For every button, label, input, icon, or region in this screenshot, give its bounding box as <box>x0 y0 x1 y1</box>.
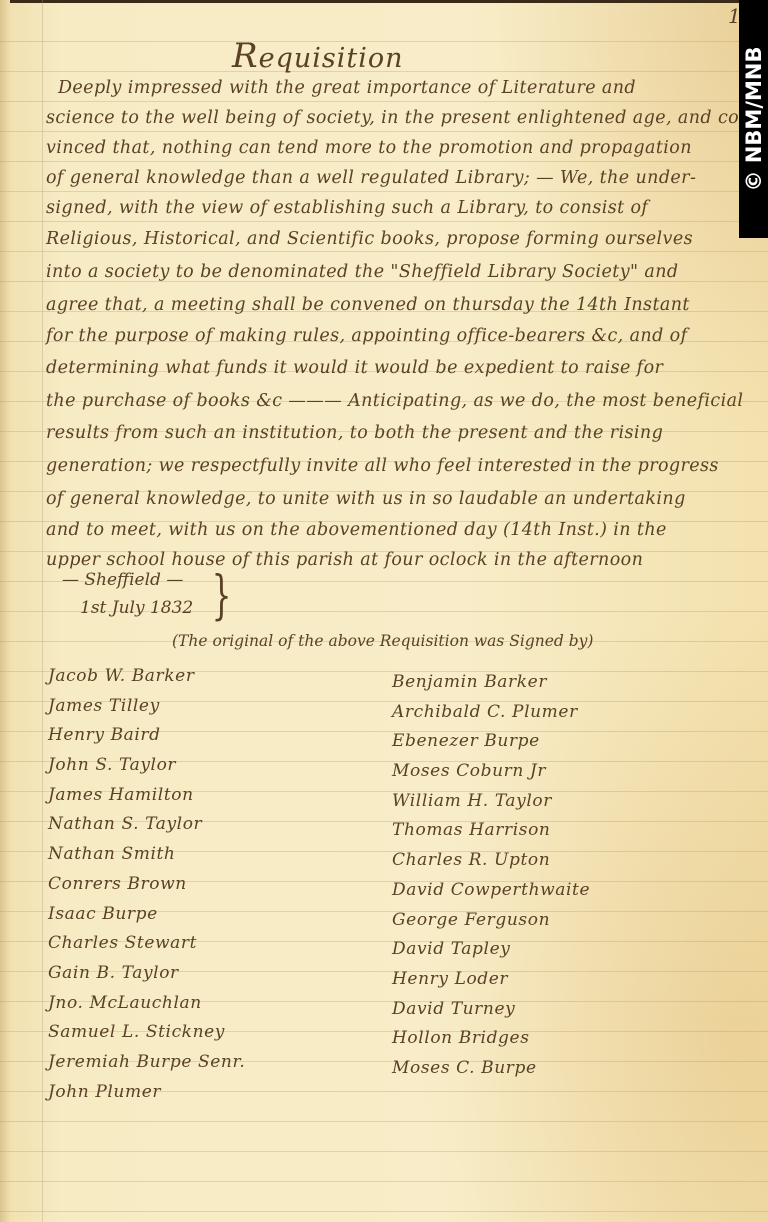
signature: Archibald C. Plumer <box>392 698 590 728</box>
signatories-left-column: Jacob W. Barker James Tilley Henry Baird… <box>48 662 245 1107</box>
signature: Jacob W. Barker <box>48 662 245 692</box>
body-line: and to meet, with us on the abovemention… <box>46 520 667 540</box>
signature: Charles Stewart <box>48 929 245 959</box>
signature: Isaac Burpe <box>48 900 245 930</box>
signature: Henry Baird <box>48 721 245 751</box>
signature: Ebenezer Burpe <box>392 727 590 757</box>
signature: William H. Taylor <box>392 787 590 817</box>
signature: Hollon Bridges <box>392 1024 590 1054</box>
body-line: of general knowledge than a well regulat… <box>46 168 696 188</box>
document-date: 1st July 1832 <box>80 598 193 618</box>
signature: Jno. McLauchlan <box>48 989 245 1019</box>
signature: Thomas Harrison <box>392 816 590 846</box>
document-title: Requisition <box>232 36 404 76</box>
signature: David Turney <box>392 995 590 1025</box>
body-line: results from such an institution, to bot… <box>46 423 663 443</box>
signed-by-note: (The original of the above Requisition w… <box>172 632 593 650</box>
body-line: Deeply impressed with the great importan… <box>58 78 636 98</box>
body-line: determining what funds it would it would… <box>46 358 663 378</box>
body-line: generation; we respectfully invite all w… <box>46 456 719 476</box>
signature: John S. Taylor <box>48 751 245 781</box>
brace-mark: } <box>212 566 232 626</box>
signatories-right-column: Benjamin Barker Archibald C. Plumer Eben… <box>392 668 590 1084</box>
body-line: vinced that, nothing can tend more to th… <box>46 138 692 158</box>
signature: John Plumer <box>48 1078 245 1108</box>
signature: Nathan S. Taylor <box>48 810 245 840</box>
margin-line <box>42 0 43 1222</box>
body-line: science to the well being of society, in… <box>46 108 757 128</box>
signature: George Ferguson <box>392 906 590 936</box>
signature: David Cowperthwaite <box>392 876 590 906</box>
place-name: — Sheffield — <box>62 570 183 590</box>
signature: Henry Loder <box>392 965 590 995</box>
body-line: into a society to be denominated the "Sh… <box>46 262 679 282</box>
signature: Conrers Brown <box>48 870 245 900</box>
signature: James Hamilton <box>48 781 245 811</box>
signature: Samuel L. Stickney <box>48 1018 245 1048</box>
signature: Charles R. Upton <box>392 846 590 876</box>
signature: Moses C. Burpe <box>392 1054 590 1084</box>
signature: Gain B. Taylor <box>48 959 245 989</box>
manuscript-page: 1 Requisition Deeply impressed with the … <box>0 0 768 1222</box>
signature: David Tapley <box>392 935 590 965</box>
body-line: agree that, a meeting shall be convened … <box>46 295 690 315</box>
signature: Moses Coburn Jr <box>392 757 590 787</box>
body-line: of general knowledge, to unite with us i… <box>46 489 686 509</box>
signature: Nathan Smith <box>48 840 245 870</box>
copyright-watermark: © NBM/MNB <box>739 0 768 238</box>
signature: Jeremiah Burpe Senr. <box>48 1048 245 1078</box>
signature: Benjamin Barker <box>392 668 590 698</box>
body-line: signed, with the view of establishing su… <box>46 198 648 218</box>
body-line: the purchase of books &c ——— Anticipatin… <box>46 391 743 411</box>
body-line: Religious, Historical, and Scientific bo… <box>46 229 693 249</box>
body-line: upper school house of this parish at fou… <box>46 550 643 570</box>
body-line: for the purpose of making rules, appoint… <box>46 326 687 346</box>
signature: James Tilley <box>48 692 245 722</box>
watermark-text: © NBM/MNB <box>742 47 766 192</box>
